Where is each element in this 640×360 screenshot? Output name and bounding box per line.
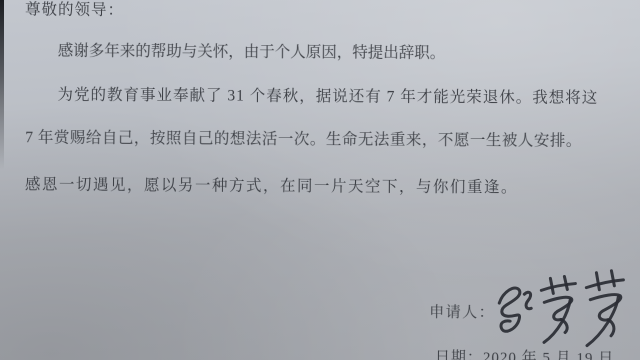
body-line: 感恩一切遇见，愿以另一种方式，在同一片天空下，与你们重逢。 [25,176,518,198]
body-line: 7 年赏赐给自己，按照自己的想法活一次。生命无法重来，不愿一生被人安排。 [25,129,582,151]
letter-photo: 尊敬的领导： 感谢多年来的帮助与关怀，由于个人原因，特提出辞职。 为党的教育事业… [0,0,640,360]
date-value: 2020 年 5 月 19 日 [483,350,614,360]
signature-handwriting [489,265,638,352]
salutation: 尊敬的领导： [25,1,124,20]
date-line: 日期：2020 年 5 月 19 日 [435,349,614,360]
body-line: 感谢多年来的帮助与关怀，由于个人原因，特提出辞职。 [58,42,446,63]
letter-page: 尊敬的领导： 感谢多年来的帮助与关怀，由于个人原因，特提出辞职。 为党的教育事业… [0,0,640,360]
applicant-label: 申请人： [429,304,495,322]
body-line: 为党的教育事业奉献了 31 个春秋，据说还有 7 年才能光荣退休。我想将这 [57,86,598,108]
date-label: 日期： [435,350,483,360]
